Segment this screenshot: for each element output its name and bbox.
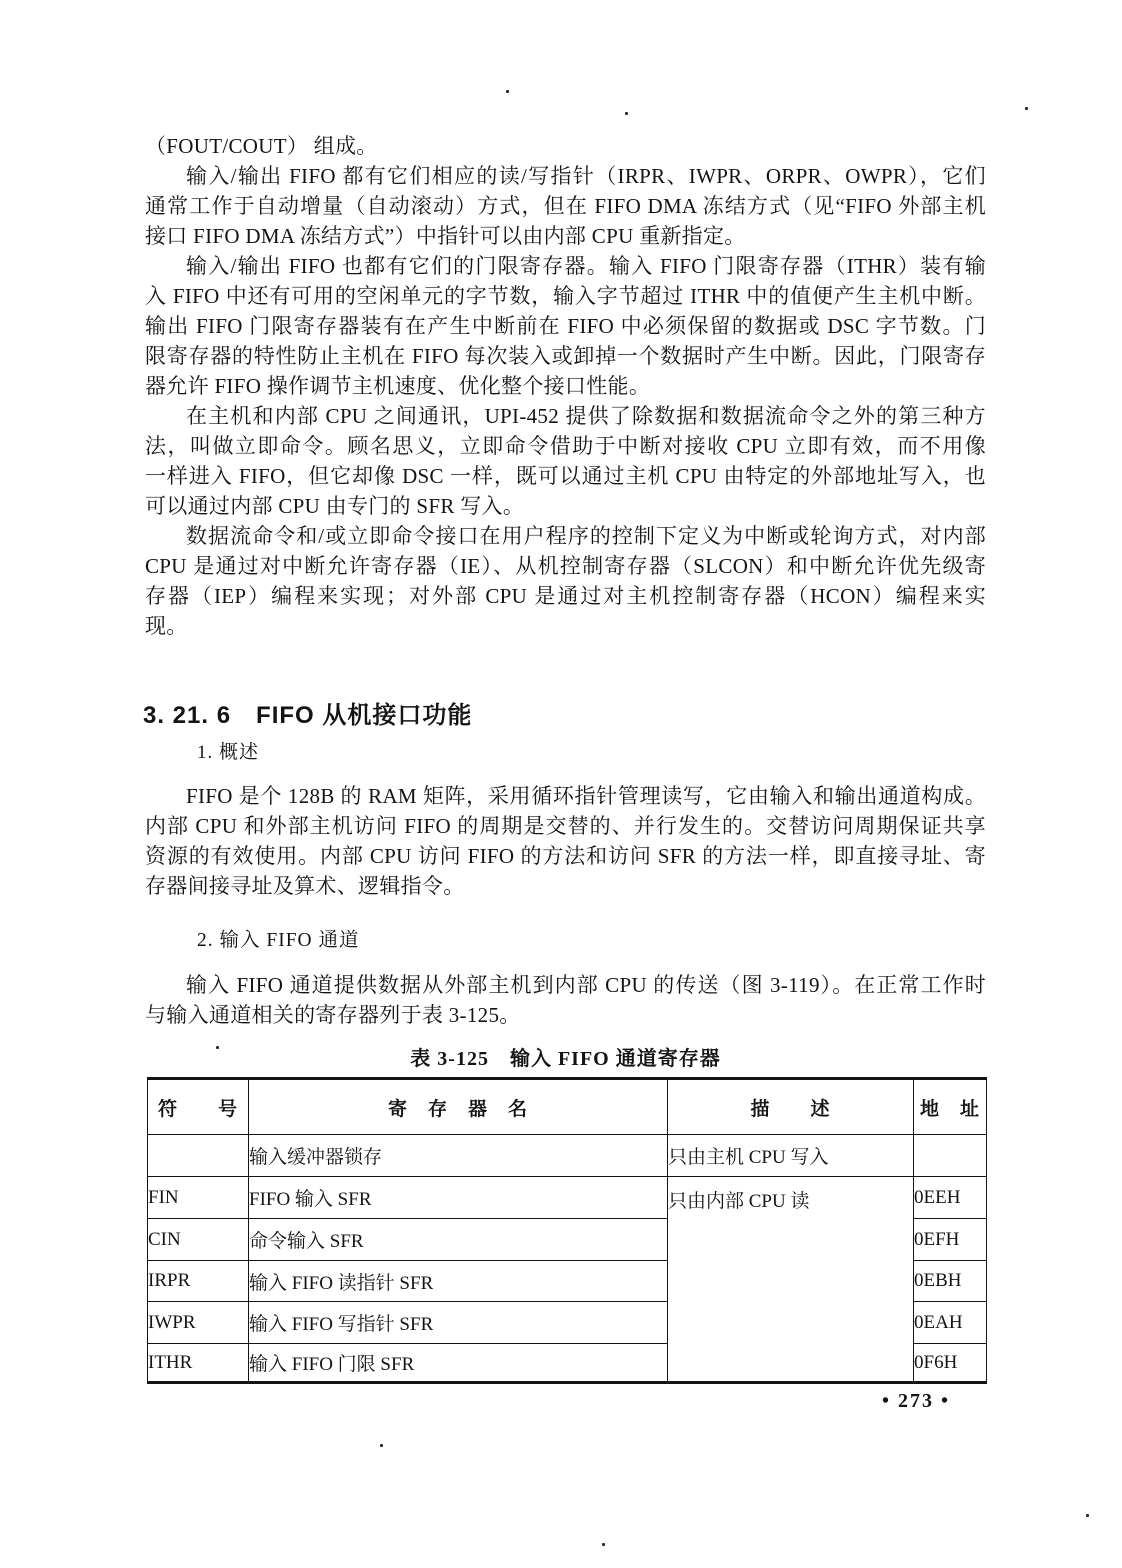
cell-symbol: CIN xyxy=(148,1219,249,1261)
text-line: 存器（IEP）编程来实现；对外部 CPU 是通过对主机控制寄存器（HCON）编程… xyxy=(145,581,986,611)
cell-symbol: FIN xyxy=(148,1177,249,1219)
table-header-row: 符 号 寄 存 器 名 描 述 地 址 xyxy=(148,1079,987,1135)
text-line: （FOUT/COUT） 组成。 xyxy=(145,131,986,161)
text-line: 接口 FIFO DMA 冻结方式”）中指针可以由内部 CPU 重新指定。 xyxy=(145,221,986,251)
text-line: 内部 CPU 和外部主机访问 FIFO 的周期是交替的、并行发生的。交替访问周期… xyxy=(145,811,986,841)
cell-address: 0F6H xyxy=(914,1344,987,1383)
document-page: （FOUT/COUT） 组成。 输入/输出 FIFO 都有它们相应的读/写指针（… xyxy=(0,0,1122,1568)
text-line: 现。 xyxy=(145,611,986,641)
table-row: FIN FIFO 输入 SFR 只由内部 CPU 读 0EEH xyxy=(148,1177,987,1219)
cell-address: 0EBH xyxy=(914,1261,987,1302)
scan-speck xyxy=(1086,1514,1089,1517)
scan-speck xyxy=(1025,107,1028,110)
text-line: 输出 FIFO 门限寄存器装有在产生中断前在 FIFO 中必须保留的数据或 DS… xyxy=(145,311,986,341)
cell-address: 0EEH xyxy=(914,1177,987,1219)
text-line: 限寄存器的特性防止主机在 FIFO 每次装入或卸掉一个数据时产生中断。因此，门限… xyxy=(145,341,986,371)
text-line: 输入/输出 FIFO 都有它们相应的读/写指针（IRPR、IWPR、ORPR、O… xyxy=(145,161,986,191)
cell-register: FIFO 输入 SFR xyxy=(249,1177,668,1219)
text-line: 资源的有效使用。内部 CPU 访问 FIFO 的方法和访问 SFR 的方法一样，… xyxy=(145,841,986,871)
text-line: 可以通过内部 CPU 由专门的 SFR 写入。 xyxy=(145,491,986,521)
text-line: 与输入通道相关的寄存器列于表 3-125。 xyxy=(145,1000,986,1030)
text-line: 在主机和内部 CPU 之间通讯，UPI-452 提供了除数据和数据流命令之外的第… xyxy=(145,401,986,431)
cell-register: 输入缓冲器锁存 xyxy=(249,1135,668,1177)
section-heading: 3. 21. 6 FIFO 从机接口功能 xyxy=(143,695,472,730)
scan-speck xyxy=(625,112,628,115)
paragraph: 数据流命令和/或立即命令接口在用户程序的控制下定义为中断或轮询方式，对内部 CP… xyxy=(145,521,986,641)
paragraph: 输入/输出 FIFO 也都有它们的门限寄存器。输入 FIFO 门限寄存器（ITH… xyxy=(145,251,986,401)
page-number: • 273 • xyxy=(145,1390,986,1413)
cell-address: 0EFH xyxy=(914,1219,987,1261)
cell-register: 输入 FIFO 写指针 SFR xyxy=(249,1302,668,1344)
cell-register: 输入 FIFO 读指针 SFR xyxy=(249,1261,668,1302)
scan-speck xyxy=(602,1543,605,1546)
cell-symbol: ITHR xyxy=(148,1344,249,1383)
cell-description-merged: 只由内部 CPU 读 xyxy=(668,1177,914,1383)
text-line: 输入/输出 FIFO 也都有它们的门限寄存器。输入 FIFO 门限寄存器（ITH… xyxy=(145,251,986,281)
paragraph: FIFO 是个 128B 的 RAM 矩阵，采用循环指针管理读写，它由输入和输出… xyxy=(145,781,986,901)
paragraph: 在主机和内部 CPU 之间通讯，UPI-452 提供了除数据和数据流命令之外的第… xyxy=(145,401,986,521)
cell-register: 命令输入 SFR xyxy=(249,1219,668,1261)
scan-speck xyxy=(506,90,509,93)
column-header-register: 寄 存 器 名 xyxy=(249,1079,668,1135)
text-line: FIFO 是个 128B 的 RAM 矩阵，采用循环指针管理读写，它由输入和输出… xyxy=(145,781,986,811)
subsection-heading-input-fifo: 2. 输入 FIFO 通道 xyxy=(197,924,360,952)
cell-address: 0EAH xyxy=(914,1302,987,1344)
text-line: CPU 是通过对中断允许寄存器（IE）、从机控制寄存器（SLCON）和中断允许优… xyxy=(145,551,986,581)
cell-symbol: IRPR xyxy=(148,1261,249,1302)
column-header-symbol: 符 号 xyxy=(148,1079,249,1135)
paragraph: 输入 FIFO 通道提供数据从外部主机到内部 CPU 的传送（图 3-119）。… xyxy=(145,970,986,1030)
scan-speck xyxy=(380,1444,383,1447)
cell-register: 输入 FIFO 门限 SFR xyxy=(249,1344,668,1383)
text-line: 器允许 FIFO 操作调节主机速度、优化整个接口性能。 xyxy=(145,371,986,401)
text-line: 法，叫做立即命令。顾名思义，立即命令借助于中断对接收 CPU 立即有效，而不用像… xyxy=(145,431,986,461)
paragraph-continuation: （FOUT/COUT） 组成。 xyxy=(145,131,986,161)
text-line: 通常工作于自动增量（自动滚动）方式，但在 FIFO DMA 冻结方式（见“FIF… xyxy=(145,191,986,221)
cell-description: 只由主机 CPU 写入 xyxy=(668,1135,914,1177)
text-line: 存器间接寻址及算术、逻辑指令。 xyxy=(145,871,986,901)
table-caption: 表 3-125 输入 FIFO 通道寄存器 xyxy=(145,1042,986,1071)
text-line: 输入 FIFO 通道提供数据从外部主机到内部 CPU 的传送（图 3-119）。… xyxy=(145,970,986,1000)
column-header-description: 描 述 xyxy=(668,1079,914,1135)
cell-address xyxy=(914,1135,987,1177)
text-line: 入 FIFO 中还有可用的空闲单元的字节数，输入字节超过 ITHR 中的值便产生… xyxy=(145,281,986,311)
text-line: 数据流命令和/或立即命令接口在用户程序的控制下定义为中断或轮询方式，对内部 xyxy=(145,521,986,551)
register-table: 符 号 寄 存 器 名 描 述 地 址 输入缓冲器锁存 只由主机 CPU 写入 … xyxy=(147,1077,987,1384)
cell-symbol: IWPR xyxy=(148,1302,249,1344)
paragraph: 输入/输出 FIFO 都有它们相应的读/写指针（IRPR、IWPR、ORPR、O… xyxy=(145,161,986,251)
table-row: 输入缓冲器锁存 只由主机 CPU 写入 xyxy=(148,1135,987,1177)
column-header-address: 地 址 xyxy=(914,1079,987,1135)
cell-symbol xyxy=(148,1135,249,1177)
subsection-heading-overview: 1. 概述 xyxy=(197,737,259,764)
text-line: 一样进入 FIFO，但它却像 DSC 一样，既可以通过主机 CPU 由特定的外部… xyxy=(145,461,986,491)
